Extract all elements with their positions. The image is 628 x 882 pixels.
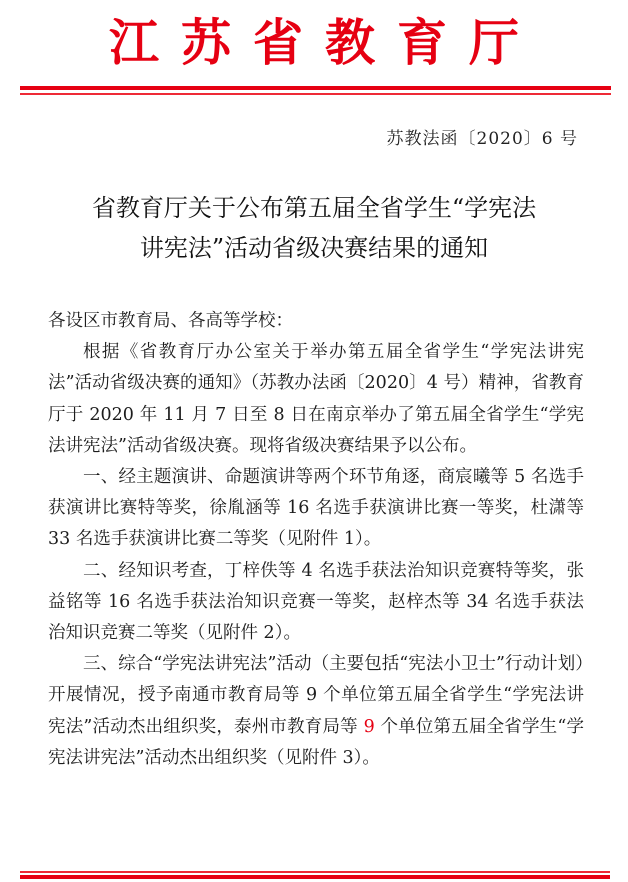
paragraph-speech-awards: 一、经主题演讲、命题演讲等两个环节角逐，商宸曦等 5 名选手获演讲比赛特等奖，徐… [48, 462, 584, 556]
paragraph-knowledge-awards: 二、经知识考查，丁梓佚等 4 名选手获法治知识竞赛特等奖，张益铭等 16 名选手… [48, 556, 584, 650]
document-number: 苏教法函〔2020〕6 号 [387, 124, 578, 149]
masthead-rule-thin [20, 93, 611, 95]
masthead-title: 江苏省教育厅 [109, 12, 541, 74]
masthead: 江苏省教育厅 [0, 12, 628, 74]
masthead-rule-thick [20, 86, 611, 90]
document-title-line-1: 省教育厅关于公布第五届全省学生“学宪法 [40, 188, 588, 228]
paragraph-organization-awards: 三、综合“学宪法讲宪法”活动（主要包括“宪法小卫士”行动计划）开展情况，授予南通… [48, 649, 584, 774]
highlighted-count: 9 [364, 717, 375, 737]
document-title: 省教育厅关于公布第五届全省学生“学宪法 讲宪法”活动省级决赛结果的通知 [40, 188, 588, 268]
paragraph-intro: 根据《省教育厅办公室关于举办第五届全省学生“学宪法讲宪法”活动省级决赛的通知》（… [48, 337, 584, 462]
document-title-line-2: 讲宪法”活动省级决赛结果的通知 [40, 228, 588, 268]
footer-rule-thick [20, 875, 610, 879]
salutation: 各设区市教育局、各高等学校： [48, 306, 584, 337]
footer-rule-thin [20, 871, 610, 873]
document-body: 各设区市教育局、各高等学校： 根据《省教育厅办公室关于举办第五届全省学生“学宪法… [48, 306, 584, 774]
